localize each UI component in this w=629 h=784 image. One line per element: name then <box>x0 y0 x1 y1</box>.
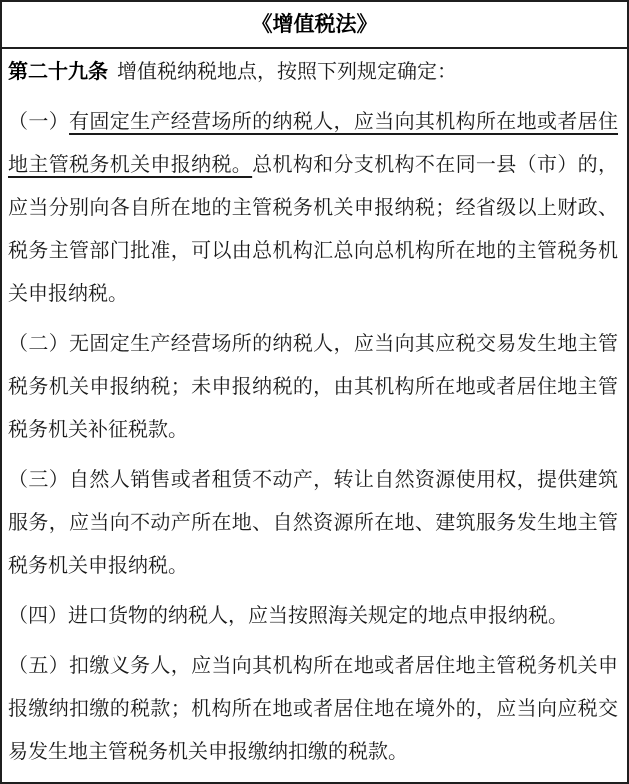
clause-text: 无固定生产经营场所的纳税人，应当向其应税交易发生地主管税务机关申报纳税；未申报纳… <box>8 333 618 441</box>
clause-item: （五）扣缴义务人，应当向其机构所在地或者居住地主管税务机关申报缴纳扣缴的税款；机… <box>8 645 618 774</box>
clause-marker: （二） <box>8 333 69 355</box>
clause-text: 总机构和分支机构不在同一县（市）的，应当分别向各自所在地的主管税务机关申报纳税；… <box>8 154 618 305</box>
document-page: 《增值税法》 第二十九条增值税纳税地点，按照下列规定确定： （一）有固定生产经营… <box>0 0 629 784</box>
clause-marker: （三） <box>8 469 69 491</box>
clause-item: （二）无固定生产经营场所的纳税人，应当向其应税交易发生地主管税务机关申报纳税；未… <box>8 323 618 452</box>
clause-item: （三）自然人销售或者租赁不动产，转让自然资源使用权，提供建筑服务，应当向不动产所… <box>8 459 618 588</box>
clause-text: 自然人销售或者租赁不动产，转让自然资源使用权，提供建筑服务，应当向不动产所在地、… <box>8 469 618 577</box>
clause-item: （四）进口货物的纳税人，应当按照海关规定的地点申报纳税。 <box>8 595 618 638</box>
document-title-text: 《增值税法》 <box>252 13 378 36</box>
clause-text: 扣缴义务人，应当向其机构所在地或者居住地主管税务机关申报缴纳扣缴的税款；机构所在… <box>8 655 618 763</box>
clause-marker: （四） <box>8 605 68 627</box>
document-title: 《增值税法》 <box>2 2 627 49</box>
article-intro: 第二十九条增值税纳税地点，按照下列规定确定： <box>8 51 618 94</box>
article-number: 第二十九条 <box>8 61 108 83</box>
clause-item: （一）有固定生产经营场所的纳税人，应当向其机构所在地或者居住地主管税务机关申报纳… <box>8 101 618 316</box>
document-body: 第二十九条增值税纳税地点，按照下列规定确定： （一）有固定生产经营场所的纳税人，… <box>2 49 627 784</box>
clause-marker: （五） <box>8 655 69 677</box>
clause-text: 进口货物的纳税人，应当按照海关规定的地点申报纳税。 <box>68 605 568 627</box>
article-intro-text: 增值税纳税地点，按照下列规定确定： <box>117 61 457 83</box>
clause-marker: （一） <box>8 111 69 133</box>
